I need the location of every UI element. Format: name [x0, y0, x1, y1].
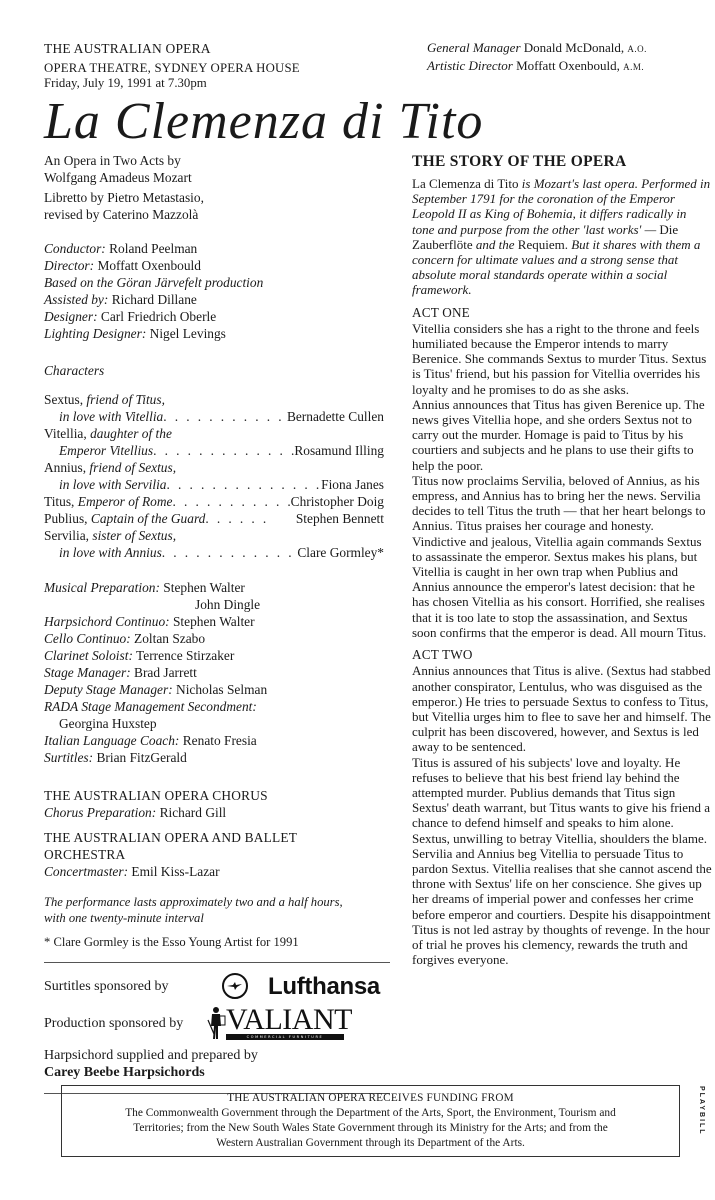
credit-chorus-preparation: Chorus Preparation: Richard Gill — [44, 804, 384, 821]
sponsor-harpsichord: Harpsichord supplied and prepared by Car… — [44, 1047, 384, 1081]
act-one-paragraph: Titus now proclaims Servilia, beloved of… — [412, 473, 712, 534]
credit-rada-role: RADA Stage Management Secondment: — [44, 698, 384, 715]
credit-assisted-by: Assisted by: Richard Dillane — [44, 291, 384, 308]
cast-entry-vitellia: Vitellia, daughter of the Emperor Vitell… — [44, 425, 384, 459]
sponsor-surtitles: Surtitles sponsored by Lufthansa — [44, 969, 384, 1003]
interval-note: with one twenty-minute interval — [44, 910, 384, 926]
funding-line: Western Australian Government through it… — [62, 1136, 679, 1151]
singer-name: Rosamund Illing — [294, 442, 384, 459]
story-intro: La Clemenza di Tito is Mozart's last ope… — [412, 176, 712, 298]
characters-heading: Characters — [44, 362, 384, 379]
credit-musical-preparation: Musical Preparation: Stephen Walter — [44, 579, 384, 596]
lufthansa-logo: Lufthansa — [222, 973, 380, 999]
act-two-paragraph: Annius announces that Titus is alive. (S… — [412, 663, 712, 754]
person-name: Moffatt Oxenbould, — [516, 58, 620, 73]
act-two-heading: ACT TWO — [412, 647, 712, 662]
cast-entry-servilia: Servilia, sister of Sextus, in love with… — [44, 527, 384, 561]
footnote: * Clare Gormley is the Esso Young Artist… — [44, 934, 384, 950]
sponsor-production: Production sponsored by VALIANT COMMERCI… — [44, 1003, 384, 1043]
publisher-mark: PLAYBILL — [693, 1086, 705, 1158]
cast-entry-annius: Annius, friend of Sextus, in love with S… — [44, 459, 384, 493]
intro-line: Libretto by Pietro Metastasio, — [44, 189, 384, 206]
credit-concertmaster: Concertmaster: Emil Kiss-Lazar — [44, 863, 384, 880]
funding-line: The Commonwealth Government through the … — [62, 1106, 679, 1121]
credit-harpsichord-continuo: Harpsichord Continuo: Stephen Walter — [44, 613, 384, 630]
credit-cello-continuo: Cello Continuo: Zoltan Szabo — [44, 630, 384, 647]
credit-surtitles: Surtitles: Brian FitzGerald — [44, 749, 384, 766]
cast-entry-titus: Titus, Emperor of Rome . . . . . . . . .… — [44, 493, 384, 510]
artistic-director: Artistic Director Moffatt Oxenbould, A.M… — [427, 58, 707, 76]
credit-lighting-designer: Lighting Designer: Nigel Levings — [44, 325, 384, 342]
singer-name: Bernadette Cullen — [287, 408, 384, 425]
singer-name: Clare Gormley* — [297, 544, 384, 561]
role-label: Artistic Director — [427, 58, 513, 73]
knight-icon — [206, 1006, 226, 1040]
honour-suffix: A.O. — [627, 44, 647, 54]
role-label: General Manager — [427, 40, 521, 55]
cast-entry-publius: Publius, Captain of the Guard . . . . . … — [44, 510, 384, 527]
general-manager: General Manager Donald McDonald, A.O. — [427, 40, 707, 58]
act-one-paragraph: Vitellia considers she has a right to th… — [412, 321, 712, 397]
credit-director: Director: Moffatt Oxenbould — [44, 257, 384, 274]
story-column: THE STORY OF THE OPERA La Clemenza di Ti… — [412, 152, 712, 967]
honour-suffix: A.M. — [623, 62, 644, 72]
duration-note: The performance lasts approximately two … — [44, 894, 384, 910]
intro-line: revised by Caterino Mazzolà — [44, 206, 384, 223]
company-name: THE AUSTRALIAN OPERA — [44, 40, 374, 57]
credits-column: An Opera in Two Acts by Wolfgang Amadeus… — [44, 152, 384, 1094]
chorus-heading: THE AUSTRALIAN OPERA CHORUS — [44, 787, 384, 804]
act-one-paragraph: Vindictive and jealous, Vitellia again c… — [412, 534, 712, 640]
credit-musical-preparation-2: John Dingle — [44, 596, 384, 613]
story-heading: THE STORY OF THE OPERA — [412, 152, 712, 172]
divider — [44, 962, 390, 963]
funding-notice: THE AUSTRALIAN OPERA RECEIVES FUNDING FR… — [61, 1085, 680, 1157]
credit-clarinet-soloist: Clarinet Soloist: Terrence Stirzaker — [44, 647, 384, 664]
credit-designer: Designer: Carl Friedrich Oberle — [44, 308, 384, 325]
credit-stage-manager: Stage Manager: Brad Jarrett — [44, 664, 384, 681]
person-name: Donald McDonald, — [524, 40, 624, 55]
credit-based-on: Based on the Göran Järvefelt production — [44, 274, 384, 291]
opera-title: La Clemenza di Tito — [44, 92, 483, 152]
act-two-paragraph: Titus is assured of his subjects' love a… — [412, 755, 712, 968]
orchestra-heading-2: ORCHESTRA — [44, 846, 384, 863]
credit-italian-coach: Italian Language Coach: Renato Fresia — [44, 732, 384, 749]
intro-line: Wolfgang Amadeus Mozart — [44, 169, 384, 186]
header-left: THE AUSTRALIAN OPERA OPERA THEATRE, SYDN… — [44, 40, 374, 91]
intro-line: An Opera in Two Acts by — [44, 152, 384, 169]
act-one-heading: ACT ONE — [412, 305, 712, 320]
cast-entry-sextus: Sextus, friend of Titus, in love with Vi… — [44, 391, 384, 425]
crane-icon — [222, 973, 248, 999]
management-credits: General Manager Donald McDonald, A.O. Ar… — [427, 40, 707, 75]
orchestra-heading: THE AUSTRALIAN OPERA AND BALLET — [44, 829, 384, 846]
venue: OPERA THEATRE, SYDNEY OPERA HOUSE — [44, 61, 374, 76]
singer-name: Christopher Doig — [291, 493, 384, 510]
singer-name: Fiona Janes — [321, 476, 384, 493]
credit-conductor: Conductor: Roland Peelman — [44, 240, 384, 257]
valiant-logo: VALIANT COMMERCIAL FURNITURE — [206, 1006, 352, 1040]
act-one-paragraph: Annius announces that Titus has given Be… — [412, 397, 712, 473]
credit-rada-name: Georgina Huxstep — [44, 715, 384, 732]
singer-name: Stephen Bennett — [296, 510, 384, 527]
performance-date: Friday, July 19, 1991 at 7.30pm — [44, 76, 374, 91]
funding-line: Territories; from the New South Wales St… — [62, 1121, 679, 1136]
credit-deputy-stage-manager: Deputy Stage Manager: Nicholas Selman — [44, 681, 384, 698]
funding-heading: THE AUSTRALIAN OPERA RECEIVES FUNDING FR… — [62, 1091, 679, 1106]
